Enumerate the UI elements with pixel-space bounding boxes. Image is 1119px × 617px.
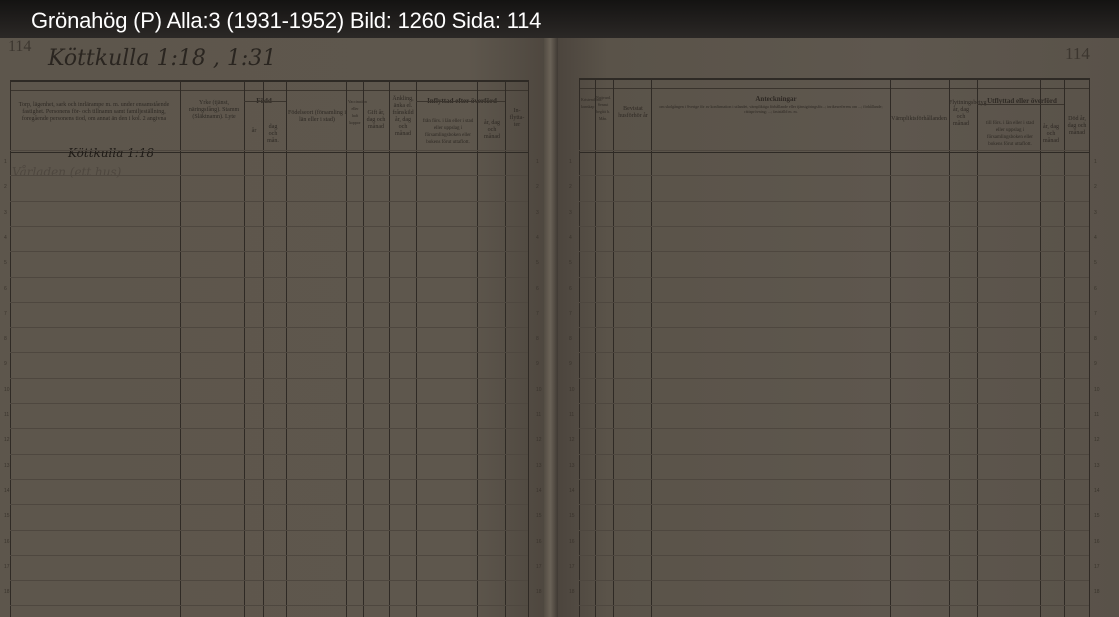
image-viewer: Grönahög (P) Alla:3 (1931-1952) Bild: 12… (0, 0, 1119, 617)
row-number: 1 (1094, 159, 1097, 165)
row-number: 10 (569, 387, 575, 393)
left-page: 114 Köttkulla 1:18 , 1:31 Torp, lägenhet… (0, 38, 551, 617)
row-line (579, 352, 1089, 353)
row-number: 13 (1094, 463, 1100, 469)
header-col11: In-flytta-ter (508, 108, 526, 129)
row-number: 14 (1094, 488, 1100, 494)
row-number: 9 (569, 361, 572, 367)
header-col2: Yrke (tjänst, näringsfång). Stamm (Släkt… (184, 100, 244, 121)
row-number: 7 (536, 311, 539, 317)
header-col10: år, dag och månad (479, 120, 505, 141)
row-line (579, 454, 1089, 455)
row-number: 5 (4, 260, 7, 266)
row-line (579, 201, 1089, 202)
row-number: 10 (1094, 387, 1100, 393)
header-col14-title: Anteckningar (661, 96, 891, 103)
column-line (651, 78, 652, 617)
column-line (416, 80, 417, 617)
row-line (579, 403, 1089, 404)
header-col-cert: Flyttningsbetyg år, dag och månad (949, 100, 973, 128)
row-line (10, 150, 528, 151)
row-number: 16 (569, 539, 575, 545)
column-line (389, 80, 390, 617)
row-number: 13 (569, 463, 575, 469)
row-number: 1 (4, 159, 7, 165)
row-line (10, 226, 528, 227)
row-number: 12 (536, 437, 542, 443)
row-number: 2 (569, 184, 572, 190)
column-line (363, 80, 364, 617)
row-number: 11 (1094, 412, 1099, 418)
row-line (579, 530, 1089, 531)
column-line (977, 78, 978, 617)
row-number: 9 (536, 361, 539, 367)
row-number: 14 (4, 488, 10, 494)
left-page-number: 114 (8, 38, 31, 56)
row-number: 8 (536, 336, 539, 342)
row-line (10, 530, 528, 531)
viewer-title-bar: Grönahög (P) Alla:3 (1931-1952) Bild: 12… (0, 0, 1119, 38)
row-number: 4 (569, 235, 572, 241)
row-number: 6 (569, 286, 572, 292)
column-line (1040, 78, 1041, 617)
column-line (890, 78, 891, 617)
row-line (10, 605, 528, 606)
row-number: 18 (4, 589, 10, 595)
row-line (10, 428, 528, 429)
header-col12: Nattvard. Senast begått h. Mån. (596, 94, 610, 122)
row-line (579, 428, 1089, 429)
row-line (10, 302, 528, 303)
row-number: 11 (536, 412, 541, 418)
column-line (10, 80, 11, 617)
row-line (579, 277, 1089, 278)
header-col7: Gift år, dag och månad (365, 110, 387, 131)
header-col9: från förs. i län eller i stad eller upps… (420, 118, 476, 146)
header-col5: Födelseort (församling i län eller i sta… (288, 110, 346, 124)
column-line (949, 78, 950, 617)
row-number: 7 (4, 311, 7, 317)
row-number: 3 (4, 210, 7, 216)
row-number: 1 (569, 159, 572, 165)
header-col13: Bevistat husförhör år (615, 106, 651, 120)
row-line (10, 327, 528, 328)
header-col8: Änkling, änka el. frånskild år, dag och … (391, 96, 415, 138)
row-number: 17 (1094, 564, 1100, 570)
row-number: 4 (536, 235, 539, 241)
row-number: 8 (569, 336, 572, 342)
row-number: 16 (1094, 539, 1100, 545)
column-line (613, 78, 614, 617)
row-number: 18 (536, 589, 542, 595)
column-line (477, 80, 478, 617)
row-line (579, 605, 1089, 606)
column-line (1089, 78, 1090, 617)
row-number: 1 (536, 159, 539, 165)
row-number: 5 (536, 260, 539, 266)
row-number: 4 (4, 235, 7, 241)
section-heading-1-18: Köttkulla 1:18 (68, 146, 154, 160)
row-number: 5 (1094, 260, 1097, 266)
row-number: 9 (4, 361, 7, 367)
row-number: 6 (536, 286, 539, 292)
faint-note: Vårladen (ett hus) (12, 165, 121, 179)
row-number: 7 (569, 311, 572, 317)
row-number: 13 (536, 463, 542, 469)
row-number: 15 (1094, 513, 1100, 519)
row-number: 3 (569, 210, 572, 216)
row-number: 7 (1094, 311, 1097, 317)
row-number: 15 (569, 513, 575, 519)
header-subline (977, 104, 1064, 105)
book-gutter (544, 38, 558, 617)
row-number: 5 (569, 260, 572, 266)
row-line (10, 454, 528, 455)
column-line (579, 78, 580, 617)
right-page: 114 Kristendoms-kunskap Nattvard. Senast… (551, 38, 1119, 617)
column-line (505, 80, 506, 617)
row-number: 9 (1094, 361, 1097, 367)
row-number: 10 (536, 387, 542, 393)
row-line (579, 327, 1089, 328)
row-number: 13 (4, 463, 10, 469)
row-line (579, 378, 1089, 379)
header-col6: Vaccination eller haft koppor (348, 98, 362, 126)
row-line (10, 201, 528, 202)
row-number: 6 (4, 286, 7, 292)
row-line (579, 175, 1089, 176)
row-number: 8 (4, 336, 7, 342)
row-line (10, 555, 528, 556)
row-number: 17 (4, 564, 10, 570)
row-number: 14 (536, 488, 542, 494)
row-line (579, 150, 1089, 151)
column-line (244, 80, 245, 617)
header-subline (416, 101, 505, 102)
row-number: 10 (4, 387, 10, 393)
header-col18: Död år, dag och månad (1065, 116, 1089, 137)
viewer-title: Grönahög (P) Alla:3 (1931-1952) Bild: 12… (31, 8, 541, 34)
row-line (579, 479, 1089, 480)
row-line (10, 175, 528, 176)
row-line (10, 580, 528, 581)
row-line (10, 479, 528, 480)
header-col4: dag och mån. (264, 124, 282, 145)
row-number: 3 (1094, 210, 1097, 216)
row-line (10, 504, 528, 505)
header-col14: om skolgången i Sverige för av konfirmat… (655, 104, 887, 114)
column-line (595, 78, 596, 617)
row-line (10, 277, 528, 278)
row-number: 6 (1094, 286, 1097, 292)
row-number: 12 (4, 437, 10, 443)
row-number: 11 (569, 412, 574, 418)
row-line (10, 378, 528, 379)
row-number: 14 (569, 488, 575, 494)
row-number: 4 (1094, 235, 1097, 241)
row-number: 18 (1094, 589, 1100, 595)
row-line (10, 352, 528, 353)
column-line (286, 80, 287, 617)
column-line (180, 80, 181, 617)
row-number: 15 (536, 513, 542, 519)
row-number: 15 (4, 513, 10, 519)
row-number: 12 (1094, 437, 1100, 443)
column-line (263, 80, 264, 617)
header-col17: år, dag och månad (1041, 124, 1061, 145)
row-number: 8 (1094, 336, 1097, 342)
header-col11-right: Kristendoms-kunskap (581, 96, 593, 110)
row-number: 16 (4, 539, 10, 545)
row-number: 17 (569, 564, 575, 570)
column-line (346, 80, 347, 617)
row-number: 11 (4, 412, 9, 418)
row-number: 16 (536, 539, 542, 545)
right-page-number: 114 (1065, 44, 1090, 64)
row-line (579, 226, 1089, 227)
row-number: 17 (536, 564, 542, 570)
row-line (579, 302, 1089, 303)
header-col1: Torp, lägenhet, sark och inrlärampe m. m… (14, 102, 174, 123)
column-line (1064, 78, 1065, 617)
header-subline (244, 101, 286, 102)
row-number: 3 (536, 210, 539, 216)
header-col16: till förs. i län eller i stad eller upps… (981, 120, 1039, 148)
row-number: 12 (569, 437, 575, 443)
row-number: 2 (536, 184, 539, 190)
row-line (10, 403, 528, 404)
row-line (579, 580, 1089, 581)
left-page-heading: Köttkulla 1:18 , 1:31 (48, 46, 276, 71)
row-number: 2 (4, 184, 7, 190)
row-line (10, 251, 528, 252)
column-line (528, 80, 529, 617)
header-col15: Värnpliktsförhållanden (891, 116, 947, 123)
row-number: 18 (569, 589, 575, 595)
row-line (579, 555, 1089, 556)
row-line (579, 504, 1089, 505)
row-line (579, 251, 1089, 252)
row-number: 2 (1094, 184, 1097, 190)
header-col3: år (246, 128, 262, 135)
